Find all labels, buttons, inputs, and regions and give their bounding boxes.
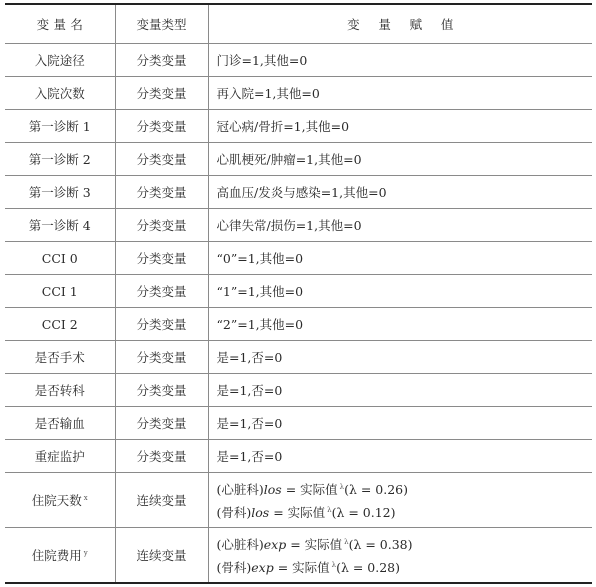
variable-value: 是=1,否=0	[208, 341, 592, 374]
variable-type: 分类变量	[115, 341, 208, 374]
variable-name: CCI 1	[5, 275, 115, 308]
variable-value: 门诊=1,其他=0	[208, 44, 592, 77]
variable-value: 是=1,否=0	[208, 440, 592, 473]
variable-value: “0”=1,其他=0	[208, 242, 592, 275]
variable-type: 分类变量	[115, 242, 208, 275]
header-variable-type: 变量类型	[115, 4, 208, 44]
variable-name: 是否手术	[5, 341, 115, 374]
formula-line: (心脏科)exp = 实际值λ(λ = 0.38)	[217, 532, 593, 555]
lambda-value: (λ = 0.38)	[349, 537, 413, 552]
table-row: 重症监护 分类变量 是=1,否=0	[5, 440, 592, 473]
variable-name: 第一诊断 3	[5, 176, 115, 209]
variable-name: 是否转科	[5, 374, 115, 407]
formula-variable: los	[251, 505, 269, 520]
variable-type: 分类变量	[115, 143, 208, 176]
formula-equation: = 实际值	[269, 505, 325, 520]
department-label: (心脏科)	[217, 482, 264, 497]
variable-type: 连续变量	[115, 528, 208, 584]
variable-type: 分类变量	[115, 407, 208, 440]
formula-line: (骨科)exp = 实际值λ(λ = 0.28)	[217, 555, 593, 578]
variable-type: 分类变量	[115, 374, 208, 407]
variable-name: 住院天数x	[5, 473, 115, 528]
formula-line: (骨科)los = 实际值λ(λ = 0.12)	[217, 500, 593, 523]
table-body: 入院途径 分类变量 门诊=1,其他=0 入院次数 分类变量 再入院=1,其他=0…	[5, 44, 592, 584]
variable-type: 分类变量	[115, 77, 208, 110]
table-row: CCI 1 分类变量 “1”=1,其他=0	[5, 275, 592, 308]
header-row: 变量名 变量类型 变量赋值	[5, 4, 592, 44]
formula-line: (心脏科)los = 实际值λ(λ = 0.26)	[217, 477, 593, 500]
table-row-continuous: 住院费用y 连续变量 (心脏科)exp = 实际值λ(λ = 0.38) (骨科…	[5, 528, 592, 584]
variable-name: 入院途径	[5, 44, 115, 77]
variable-name: 第一诊断 1	[5, 110, 115, 143]
table-row: 第一诊断 1 分类变量 冠心病/骨折=1,其他=0	[5, 110, 592, 143]
table-header: 变量名 变量类型 变量赋值	[5, 4, 592, 44]
variable-value: 是=1,否=0	[208, 407, 592, 440]
lambda-value: (λ = 0.26)	[344, 482, 408, 497]
variable-type: 分类变量	[115, 440, 208, 473]
variable-value: (心脏科)los = 实际值λ(λ = 0.26) (骨科)los = 实际值λ…	[208, 473, 592, 528]
table-row: 入院途径 分类变量 门诊=1,其他=0	[5, 44, 592, 77]
formula-variable: exp	[264, 537, 286, 552]
variable-value: 冠心病/骨折=1,其他=0	[208, 110, 592, 143]
department-label: (骨科)	[217, 560, 252, 575]
formula-equation: = 实际值	[282, 482, 338, 497]
lambda-value: (λ = 0.12)	[332, 505, 396, 520]
table-row: 第一诊断 3 分类变量 高血压/发炎与感染=1,其他=0	[5, 176, 592, 209]
variable-type: 分类变量	[115, 44, 208, 77]
variable-value: 高血压/发炎与感染=1,其他=0	[208, 176, 592, 209]
footnote-marker: x	[84, 494, 88, 502]
variable-value: (心脏科)exp = 实际值λ(λ = 0.38) (骨科)exp = 实际值λ…	[208, 528, 592, 584]
variable-value: 心律失常/损伤=1,其他=0	[208, 209, 592, 242]
department-label: (心脏科)	[217, 537, 264, 552]
header-variable-value: 变量赋值	[208, 4, 592, 44]
header-variable-name: 变量名	[5, 4, 115, 44]
variable-name: 第一诊断 2	[5, 143, 115, 176]
lambda-value: (λ = 0.28)	[336, 560, 400, 575]
table-row: 是否手术 分类变量 是=1,否=0	[5, 341, 592, 374]
variable-name-text: 住院费用	[32, 548, 82, 563]
variable-value: 再入院=1,其他=0	[208, 77, 592, 110]
variable-value: “1”=1,其他=0	[208, 275, 592, 308]
variable-name: 重症监护	[5, 440, 115, 473]
variable-type: 分类变量	[115, 110, 208, 143]
table-row: 第一诊断 4 分类变量 心律失常/损伤=1,其他=0	[5, 209, 592, 242]
variable-name: CCI 0	[5, 242, 115, 275]
table-row: 入院次数 分类变量 再入院=1,其他=0	[5, 77, 592, 110]
footnote-marker: y	[84, 549, 88, 557]
variable-assignment-table: 变量名 变量类型 变量赋值 入院途径 分类变量 门诊=1,其他=0 入院次数 分…	[5, 3, 592, 584]
variable-name: 第一诊断 4	[5, 209, 115, 242]
variable-type: 分类变量	[115, 209, 208, 242]
formula-variable: los	[264, 482, 282, 497]
variable-name: 住院费用y	[5, 528, 115, 584]
variable-type: 分类变量	[115, 308, 208, 341]
department-label: (骨科)	[217, 505, 252, 520]
table-row: 是否转科 分类变量 是=1,否=0	[5, 374, 592, 407]
variable-type: 分类变量	[115, 275, 208, 308]
variable-value: 心肌梗死/肿瘤=1,其他=0	[208, 143, 592, 176]
variable-name-text: 住院天数	[32, 493, 82, 508]
variable-value: “2”=1,其他=0	[208, 308, 592, 341]
variable-name: CCI 2	[5, 308, 115, 341]
formula-variable: exp	[251, 560, 273, 575]
variable-name: 入院次数	[5, 77, 115, 110]
table-row-continuous: 住院天数x 连续变量 (心脏科)los = 实际值λ(λ = 0.26) (骨科…	[5, 473, 592, 528]
variable-value: 是=1,否=0	[208, 374, 592, 407]
table-row: CCI 2 分类变量 “2”=1,其他=0	[5, 308, 592, 341]
variable-type: 分类变量	[115, 176, 208, 209]
formula-equation: = 实际值	[286, 537, 342, 552]
table-row: 第一诊断 2 分类变量 心肌梗死/肿瘤=1,其他=0	[5, 143, 592, 176]
variable-name: 是否输血	[5, 407, 115, 440]
table-row: 是否输血 分类变量 是=1,否=0	[5, 407, 592, 440]
formula-equation: = 实际值	[274, 560, 330, 575]
variable-type: 连续变量	[115, 473, 208, 528]
table-row: CCI 0 分类变量 “0”=1,其他=0	[5, 242, 592, 275]
